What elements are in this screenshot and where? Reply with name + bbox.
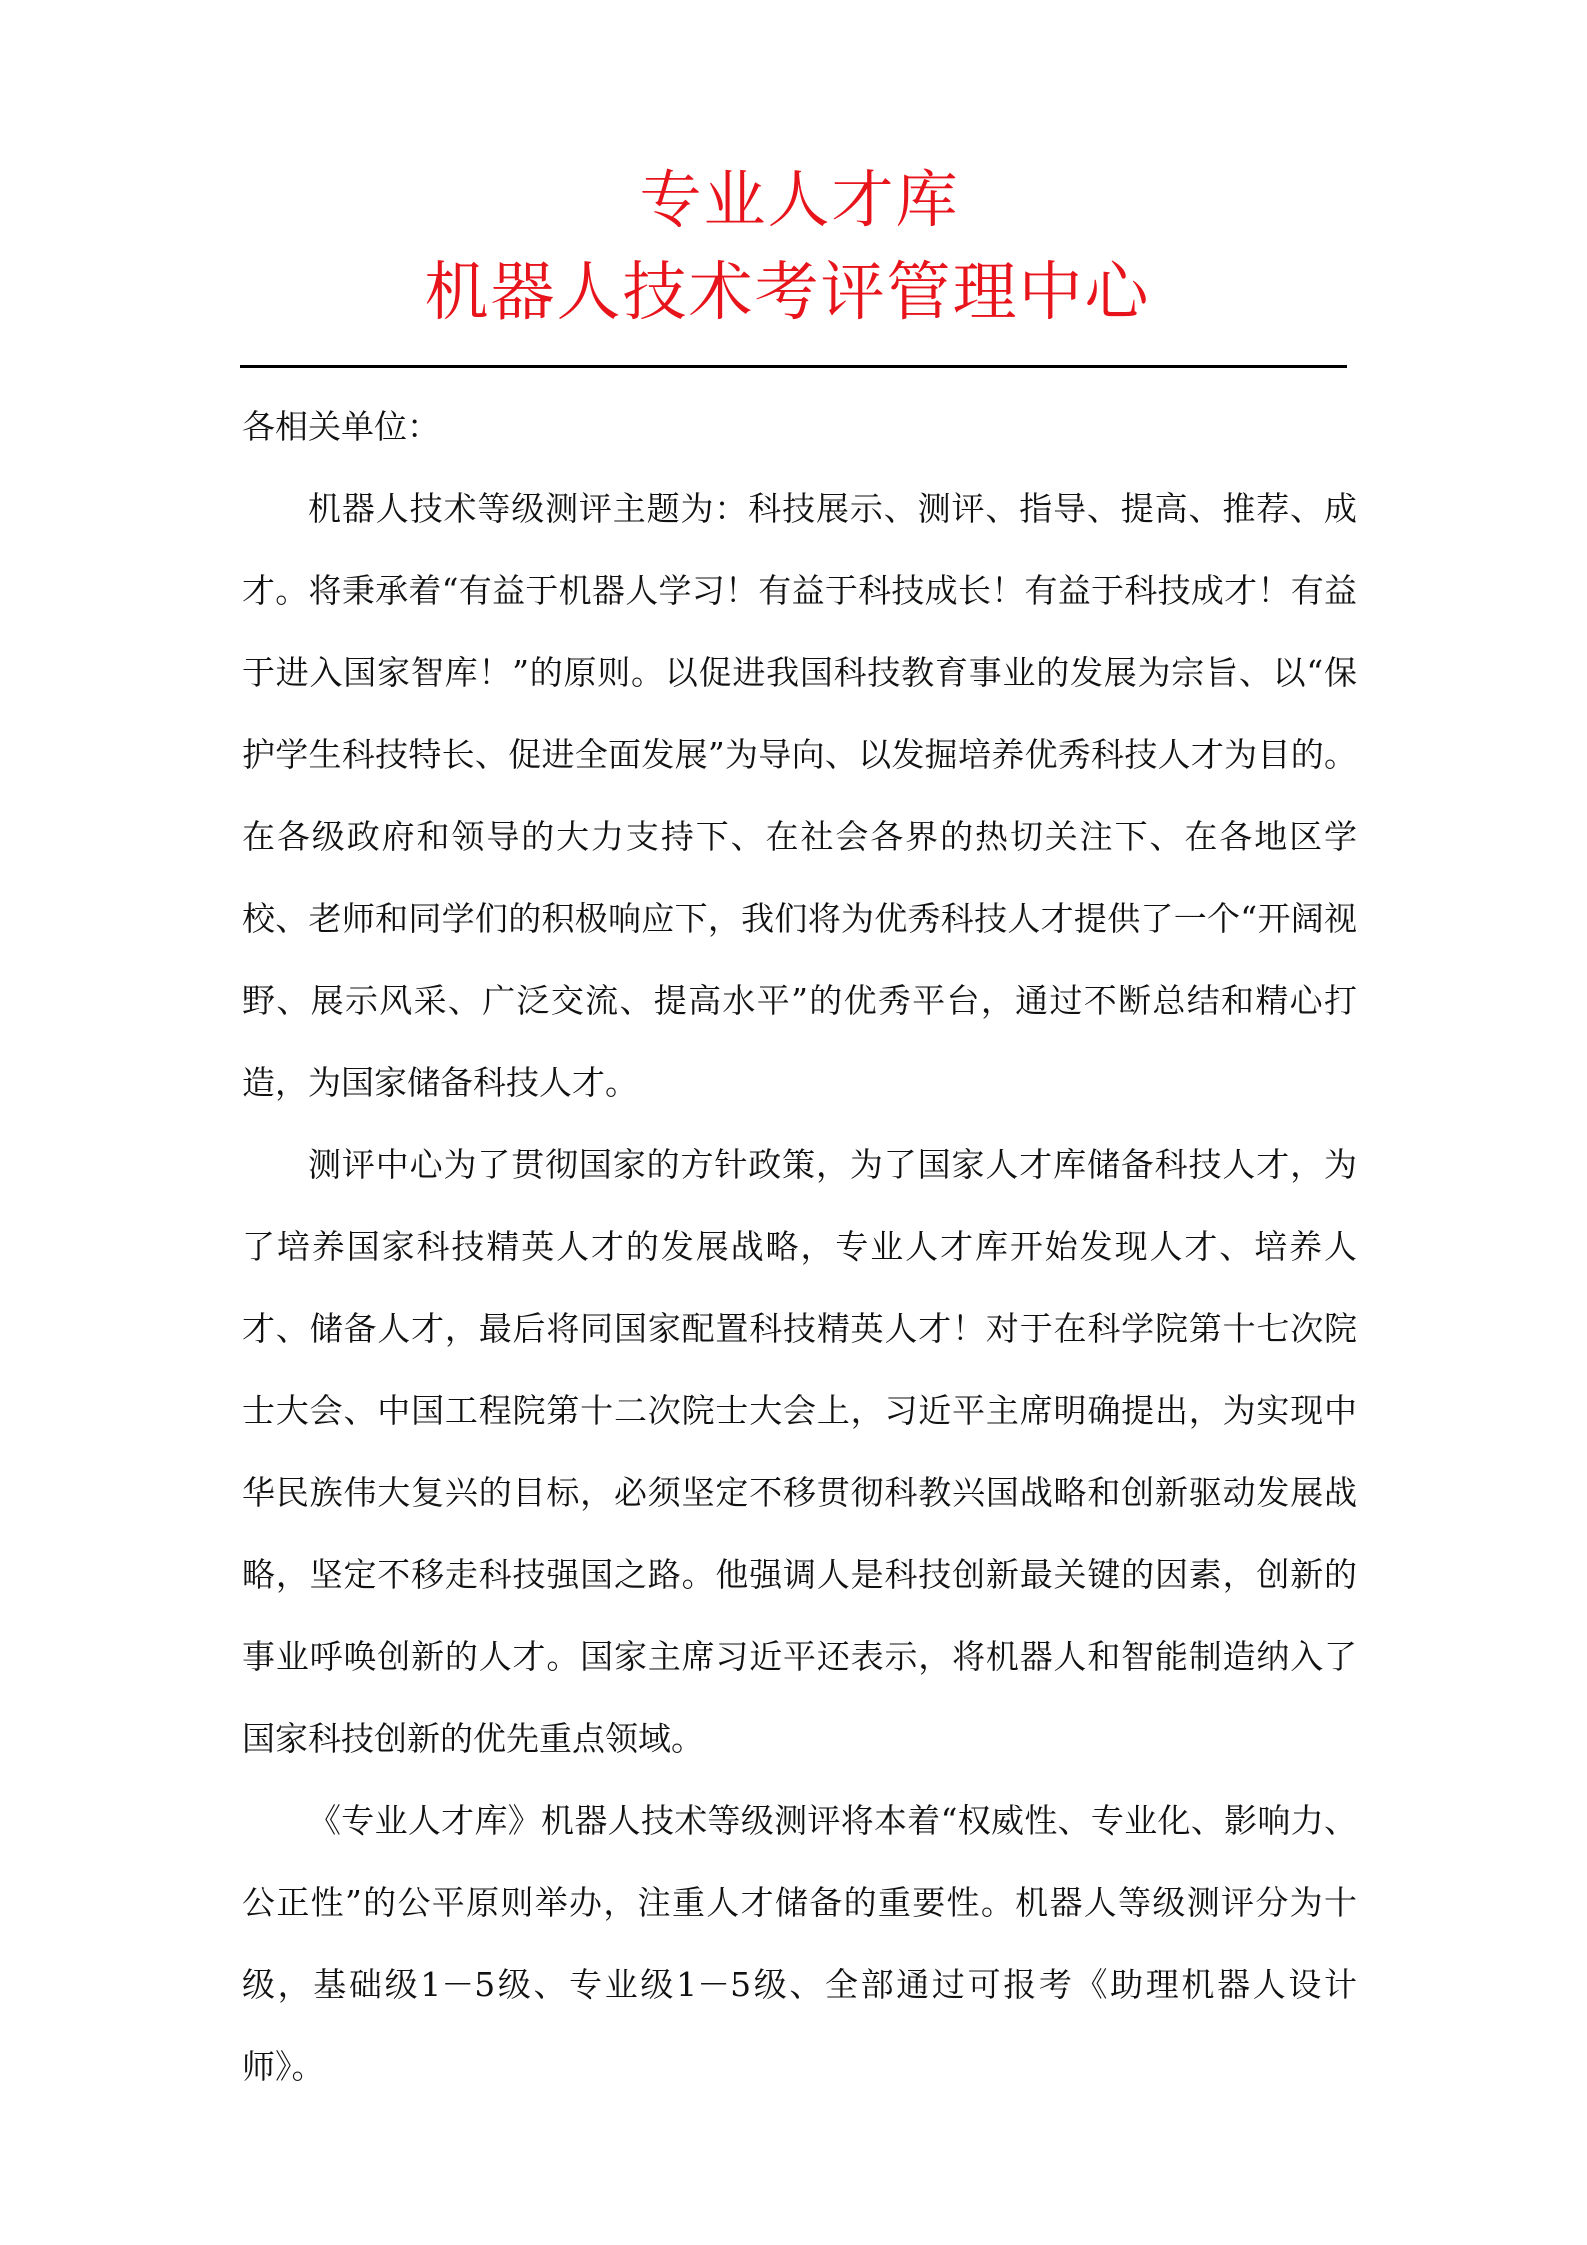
paragraph-3: 《专业人才库》机器人技术等级测评将本着“权威性、专业化、影响力、公正性”的公平原…: [242, 1780, 1357, 2108]
org-title-line-1: 专业人才库: [6, 160, 1587, 240]
org-title-line-2: 机器人技术考评管理中心: [0, 252, 1581, 334]
salutation: 各相关单位：: [242, 386, 1357, 468]
letter-body: 各相关单位： 机器人技术等级测评主题为：科技展示、测评、指导、提高、推荐、成才。…: [242, 386, 1357, 2108]
paragraph-1: 机器人技术等级测评主题为：科技展示、测评、指导、提高、推荐、成才。将秉承着“有益…: [242, 468, 1357, 1124]
header-divider: [240, 365, 1347, 368]
document-page: 专业人才库 机器人技术考评管理中心 各相关单位： 机器人技术等级测评主题为：科技…: [0, 0, 1587, 2245]
paragraph-2: 测评中心为了贯彻国家的方针政策，为了国家人才库储备科技人才，为了培养国家科技精英…: [242, 1124, 1357, 1780]
